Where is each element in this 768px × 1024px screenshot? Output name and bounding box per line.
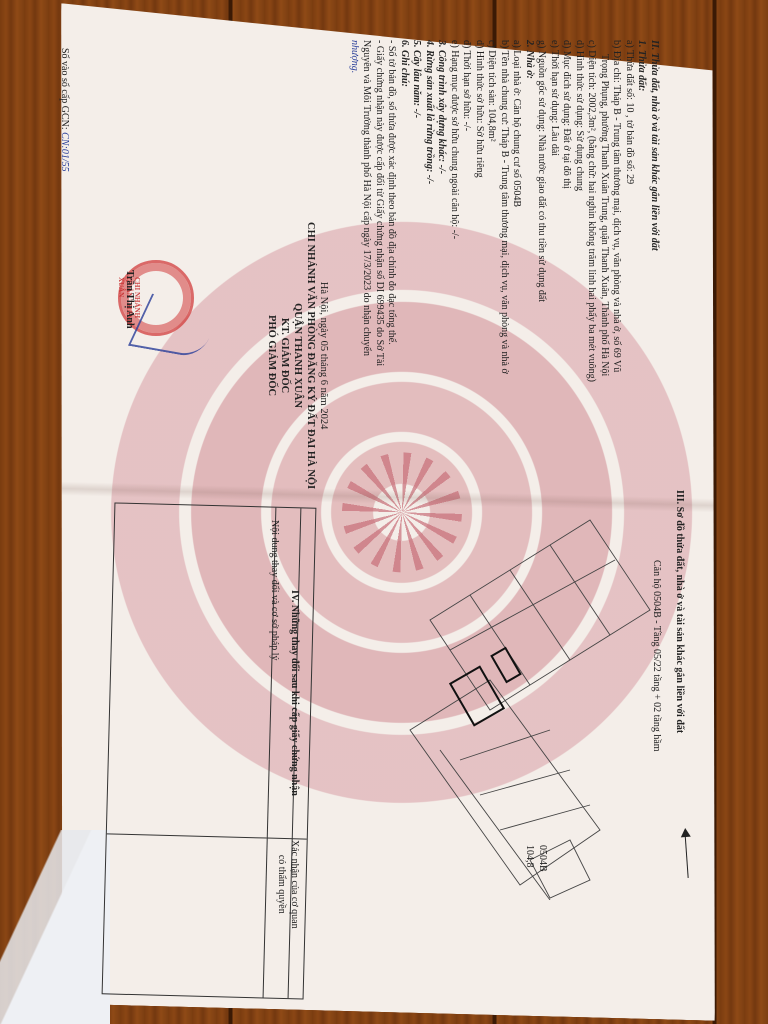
registry-number: Số vào sổ cấp GCN: CN:01/55 [58, 48, 71, 172]
section-iii-title: III. Sơ đồ thửa đất, nhà ở và tài sản kh… [673, 490, 686, 733]
plastic-sleeve [0, 830, 110, 1024]
col-header-confirmation: Xác nhận của cơ quan có thẩm quyền [275, 840, 300, 929]
section-ii: II. Thửa đất, nhà ở và tài sản khác gắn … [348, 40, 661, 382]
floor-plan-diagram [400, 500, 660, 900]
section-iv-title: IV. Những thay đổi sau khi cấp giấy chứn… [288, 590, 301, 796]
col-header-changes: Nội dung thay đổi và cơ sở pháp lý [268, 520, 281, 661]
section-ii-title: II. Thửa đất, nhà ở và tài sản khác gắn … [648, 40, 661, 382]
signer-name: Trần Thị Anh [123, 270, 136, 329]
unit-label: 0504B 104,8 [523, 845, 548, 872]
table-divider [107, 833, 267, 838]
date-line: Hà Nội, ngày 05 tháng 6 năm 2024 [317, 222, 330, 489]
signature-block: Hà Nội, ngày 05 tháng 6 năm 2024 CHI NHÁ… [265, 222, 330, 489]
issuing-org: CHI NHÁNH VĂN PHÒNG ĐĂNG KÝ ĐẤT ĐAI HÀ N… [304, 222, 317, 489]
